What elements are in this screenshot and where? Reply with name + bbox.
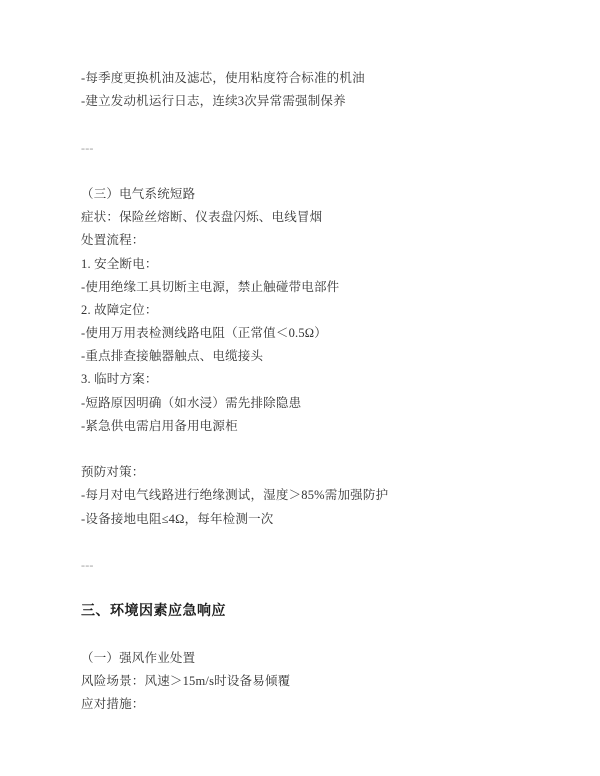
text-line: 3. 临时方案：	[81, 368, 560, 391]
text-line: -使用万用表检测线路电阻（正常值＜0.5Ω）	[81, 322, 560, 345]
text-line: -使用绝缘工具切断主电源，禁止触碰带电部件	[81, 276, 560, 299]
text-line: -重点排查接触器触点、电缆接头	[81, 345, 560, 368]
separator-line: ---	[81, 554, 560, 577]
text-line: （三）电气系统短路	[81, 183, 560, 206]
blank-line	[81, 160, 560, 183]
text-line: 症状：保险丝熔断、仪表盘闪烁、电线冒烟	[81, 206, 560, 229]
blank-line	[81, 438, 560, 461]
text-line: 预防对策：	[81, 461, 560, 484]
text-line: -每季度更换机油及滤芯，使用粘度符合标准的机油	[81, 67, 560, 90]
text-line: 应对措施：	[81, 693, 560, 716]
text-line: -短路原因明确（如水浸）需先排除隐患	[81, 392, 560, 415]
text-line: 2. 故障定位：	[81, 299, 560, 322]
text-line: -设备接地电阻≤4Ω，每年检测一次	[81, 508, 560, 531]
text-line: （一）强风作业处置	[81, 647, 560, 670]
text-line: -紧急供电需启用备用电源柜	[81, 415, 560, 438]
blank-line	[81, 624, 560, 647]
text-line: -每月对电气线路进行绝缘测试，湿度＞85%需加强防护	[81, 484, 560, 507]
text-line: -建立发动机运行日志，连续3次异常需强制保养	[81, 90, 560, 113]
text-line: 风险场景：风速＞15m/s时设备易倾覆	[81, 670, 560, 693]
text-line: 处置流程：	[81, 229, 560, 252]
blank-line	[81, 113, 560, 136]
separator-line: ---	[81, 137, 560, 160]
blank-line	[81, 531, 560, 554]
blank-line	[81, 577, 560, 600]
document-page: -每季度更换机油及滤芯，使用粘度符合标准的机油-建立发动机运行日志，连续3次异常…	[0, 0, 600, 776]
document-body: -每季度更换机油及滤芯，使用粘度符合标准的机油-建立发动机运行日志，连续3次异常…	[81, 67, 560, 716]
text-line: 1. 安全断电：	[81, 253, 560, 276]
section-heading: 三、环境因素应急响应	[81, 600, 560, 623]
